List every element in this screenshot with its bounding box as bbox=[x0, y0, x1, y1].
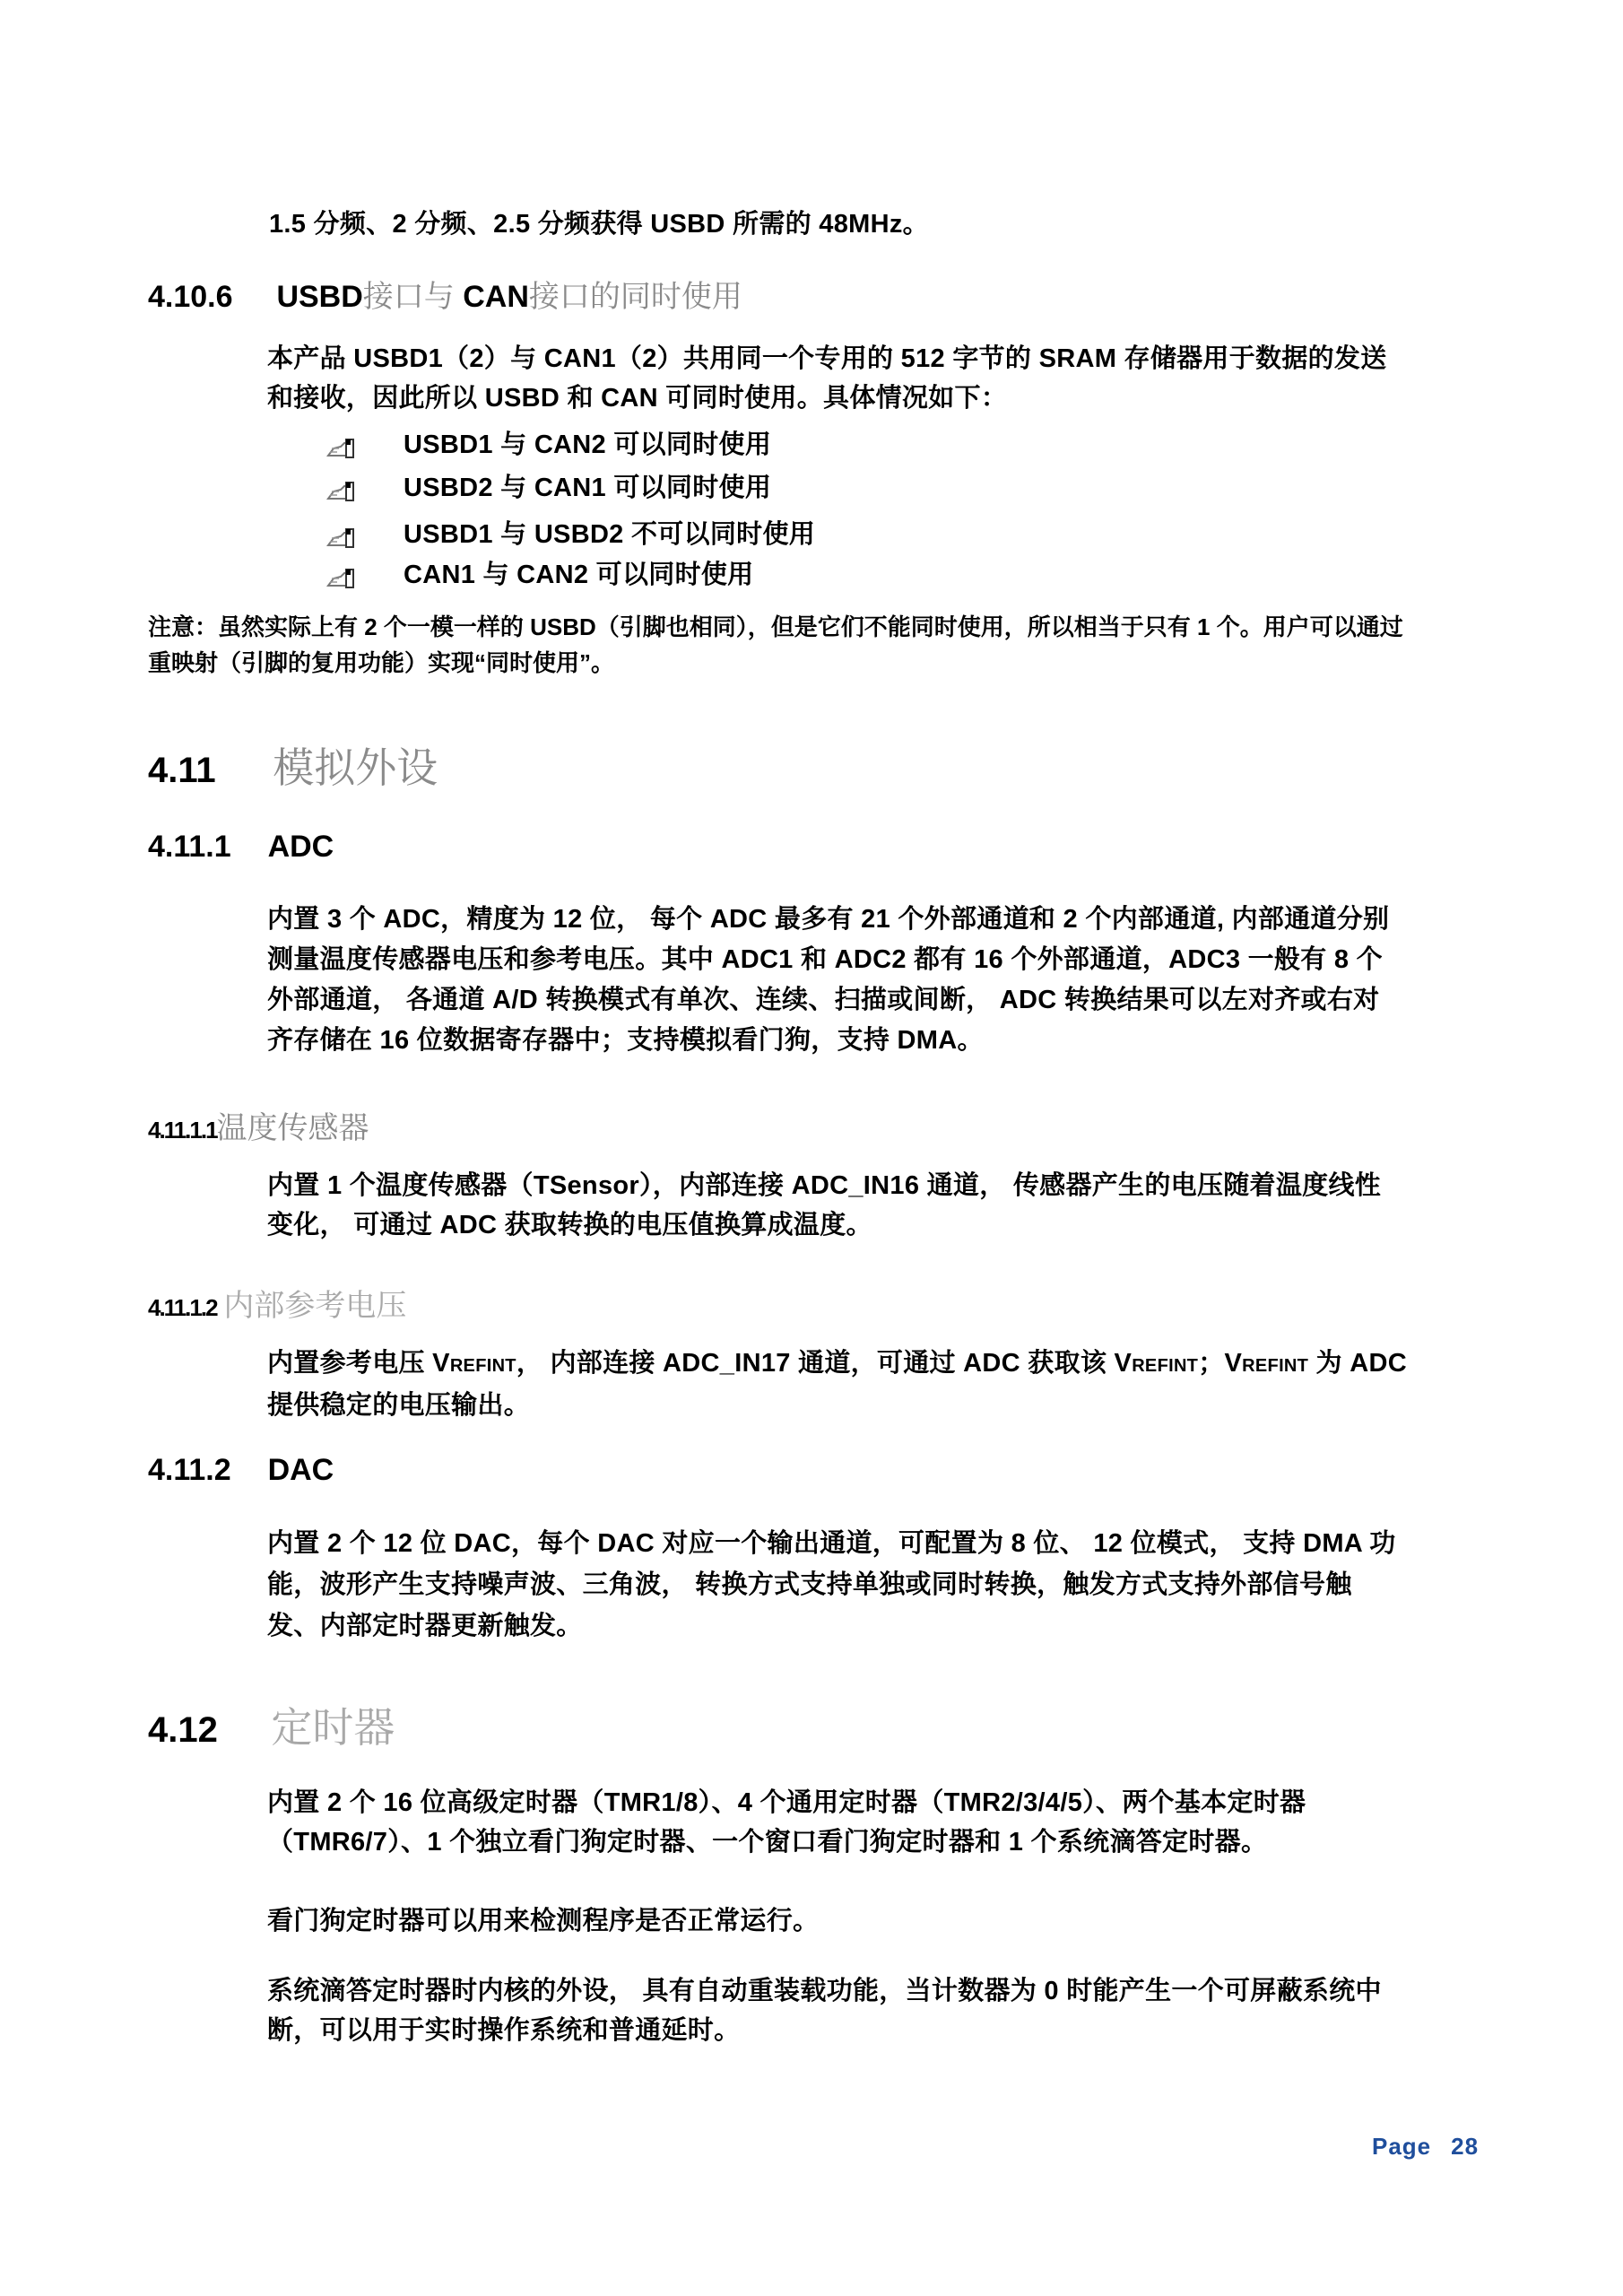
paragraph-line: 能，波形产生支持噪声波、三角波， 转换方式支持单独或同时转换，触发方式支持外部信… bbox=[267, 1564, 1396, 1605]
subscript-refint: REFINT bbox=[450, 1356, 516, 1376]
heading-part-usbd: USBD bbox=[276, 280, 362, 314]
page-number-value: 28 bbox=[1451, 2133, 1479, 2160]
paragraph-line: 外部通道， 各通道 A/D 转换模式有单次、连续、扫描或间断， ADC 转换结果… bbox=[267, 980, 1389, 1021]
text-run: ；V bbox=[1198, 1349, 1242, 1378]
heading-part-text: 接口与 bbox=[363, 280, 455, 314]
paragraph-line: （TMR6/7）、1 个独立看门狗定时器、一个窗口看门狗定时器和 1 个系统滴答… bbox=[267, 1822, 1306, 1862]
paragraph-watchdog: 看门狗定时器可以用来检测程序是否正常运行。 bbox=[267, 1901, 819, 1941]
text-run: 为 ADC bbox=[1308, 1349, 1407, 1378]
page-label: Page bbox=[1372, 2133, 1431, 2160]
paragraph-line: 断，可以用于实时操作系统和普通延时。 bbox=[267, 2011, 1382, 2050]
paragraph-line: 内置 2 个 12 位 DAC，每个 DAC 对应一个输出通道，可配置为 8 位… bbox=[267, 1523, 1396, 1564]
paragraph-line: 变化， 可通过 ADC 获取转换的电压值换算成温度。 bbox=[267, 1205, 1381, 1245]
heading-title: 定时器 bbox=[271, 1704, 395, 1751]
heading-title: 温度传感器 bbox=[217, 1111, 369, 1145]
heading-4-11-2: 4.11.2 DAC bbox=[148, 1453, 334, 1488]
paragraph-line: 内置 3 个 ADC，精度为 12 位， 每个 ADC 最多有 21 个外部通道… bbox=[267, 900, 1389, 940]
heading-4-10-6: 4.10.6 USBD接口与 CAN接口的同时使用 bbox=[148, 272, 742, 316]
heading-part-text: 接口的同时使用 bbox=[529, 280, 742, 314]
bullet-text: USBD2 与 CAN1 可以同时使用 bbox=[404, 468, 771, 508]
heading-number: 4.10.6 bbox=[148, 280, 233, 314]
page-number: Page28 bbox=[1372, 2133, 1479, 2161]
paragraph-line: 提供稳定的电压输出。 bbox=[267, 1386, 1407, 1425]
bullet-text: USBD1 与 USBD2 不可以同时使用 bbox=[404, 515, 815, 554]
pointing-hand-icon bbox=[325, 523, 360, 546]
pointing-hand-icon bbox=[325, 433, 360, 457]
paragraph-timers: 内置 2 个 16 位高级定时器（TMR1/8）、4 个通用定时器（TMR2/3… bbox=[267, 1783, 1306, 1862]
heading-number: 4.11 bbox=[148, 751, 216, 790]
paragraph-usbd-can: 本产品 USBD1（2）与 CAN1（2）共用同一个专用的 512 字节的 SR… bbox=[267, 339, 1387, 418]
pointing-hand-icon bbox=[325, 476, 360, 500]
heading-number: 4.11.2 bbox=[148, 1453, 231, 1487]
bullet-text: USBD1 与 CAN2 可以同时使用 bbox=[404, 425, 771, 465]
subscript-refint: REFINT bbox=[1242, 1356, 1308, 1376]
paragraph-line: 发、内部定时器更新触发。 bbox=[267, 1605, 1396, 1647]
paragraph-dac: 内置 2 个 12 位 DAC，每个 DAC 对应一个输出通道，可配置为 8 位… bbox=[267, 1523, 1396, 1647]
heading-title: DAC bbox=[268, 1453, 334, 1487]
text-run: ， 内部连接 ADC_IN17 通道，可通过 ADC 获取该 V bbox=[516, 1349, 1132, 1378]
paragraph-systick: 系统滴答定时器时内核的外设， 具有自动重装载功能，当计数器为 0 时能产生一个可… bbox=[267, 1971, 1382, 2050]
heading-number: 4.11.1.1 bbox=[148, 1117, 217, 1144]
heading-4-11-1-2: 4.11.1.2 内部参考电压 bbox=[148, 1281, 406, 1325]
heading-number: 4.12 bbox=[148, 1710, 218, 1750]
heading-number: 4.11.1.2 bbox=[148, 1294, 217, 1321]
heading-number: 4.11.1 bbox=[148, 830, 231, 864]
paragraph-adc: 内置 3 个 ADC，精度为 12 位， 每个 ADC 最多有 21 个外部通道… bbox=[267, 900, 1389, 1061]
heading-4-12: 4.12 定时器 bbox=[148, 1695, 395, 1754]
text-run: 内置参考电压 V bbox=[267, 1349, 450, 1378]
heading-4-11-1-1: 4.11.1.1温度传感器 bbox=[148, 1103, 369, 1147]
bullet-text: CAN1 与 CAN2 可以同时使用 bbox=[404, 555, 754, 595]
list-item: USBD1 与 CAN2 可以同时使用 bbox=[325, 425, 771, 465]
paragraph-line: 本产品 USBD1（2）与 CAN1（2）共用同一个专用的 512 字节的 SR… bbox=[267, 339, 1387, 378]
subscript-refint: REFINT bbox=[1132, 1356, 1198, 1376]
list-item: USBD2 与 CAN1 可以同时使用 bbox=[325, 468, 771, 508]
note-line: 注意：虽然实际上有 2 个一模一样的 USBD（引脚也相同），但是它们不能同时使… bbox=[148, 609, 1403, 645]
paragraph-line: 内置 1 个温度传感器（TSensor），内部连接 ADC_IN16 通道， 传… bbox=[267, 1166, 1381, 1205]
heading-part-can: CAN bbox=[463, 280, 529, 314]
note-line: 重映射（引脚的复用功能）实现“同时使用”。 bbox=[148, 645, 1403, 681]
heading-4-11: 4.11 模拟外设 bbox=[148, 735, 438, 795]
note: 注意：虽然实际上有 2 个一模一样的 USBD（引脚也相同），但是它们不能同时使… bbox=[148, 609, 1403, 681]
paragraph-line: 内置 2 个 16 位高级定时器（TMR1/8）、4 个通用定时器（TMR2/3… bbox=[267, 1783, 1306, 1822]
heading-title: ADC bbox=[268, 830, 334, 864]
paragraph-vrefint: 内置参考电压 VREFINT， 内部连接 ADC_IN17 通道，可通过 ADC… bbox=[267, 1344, 1407, 1425]
heading-title: 内部参考电压 bbox=[223, 1289, 406, 1323]
paragraph-line: 齐存储在 16 位数据寄存器中；支持模拟看门狗，支持 DMA。 bbox=[267, 1021, 1389, 1061]
pointing-hand-icon bbox=[325, 563, 360, 587]
paragraph-temp-sensor: 内置 1 个温度传感器（TSensor），内部连接 ADC_IN16 通道， 传… bbox=[267, 1166, 1381, 1245]
heading-title: 模拟外设 bbox=[273, 744, 438, 791]
paragraph-line: 和接收，因此所以 USBD 和 CAN 可同时使用。具体情况如下： bbox=[267, 378, 1387, 418]
paragraph-line: 测量温度传感器电压和参考电压。其中 ADC1 和 ADC2 都有 16 个外部通… bbox=[267, 940, 1389, 980]
paragraph-line: 系统滴答定时器时内核的外设， 具有自动重装载功能，当计数器为 0 时能产生一个可… bbox=[267, 1971, 1382, 2011]
list-item: CAN1 与 CAN2 可以同时使用 bbox=[325, 555, 754, 595]
heading-4-11-1: 4.11.1 ADC bbox=[148, 830, 334, 865]
paragraph-line: 内置参考电压 VREFINT， 内部连接 ADC_IN17 通道，可通过 ADC… bbox=[267, 1344, 1407, 1386]
list-item: USBD1 与 USBD2 不可以同时使用 bbox=[325, 515, 815, 554]
intro-line: 1.5 分频、2 分频、2.5 分频获得 USBD 所需的 48MHz。 bbox=[269, 204, 929, 244]
